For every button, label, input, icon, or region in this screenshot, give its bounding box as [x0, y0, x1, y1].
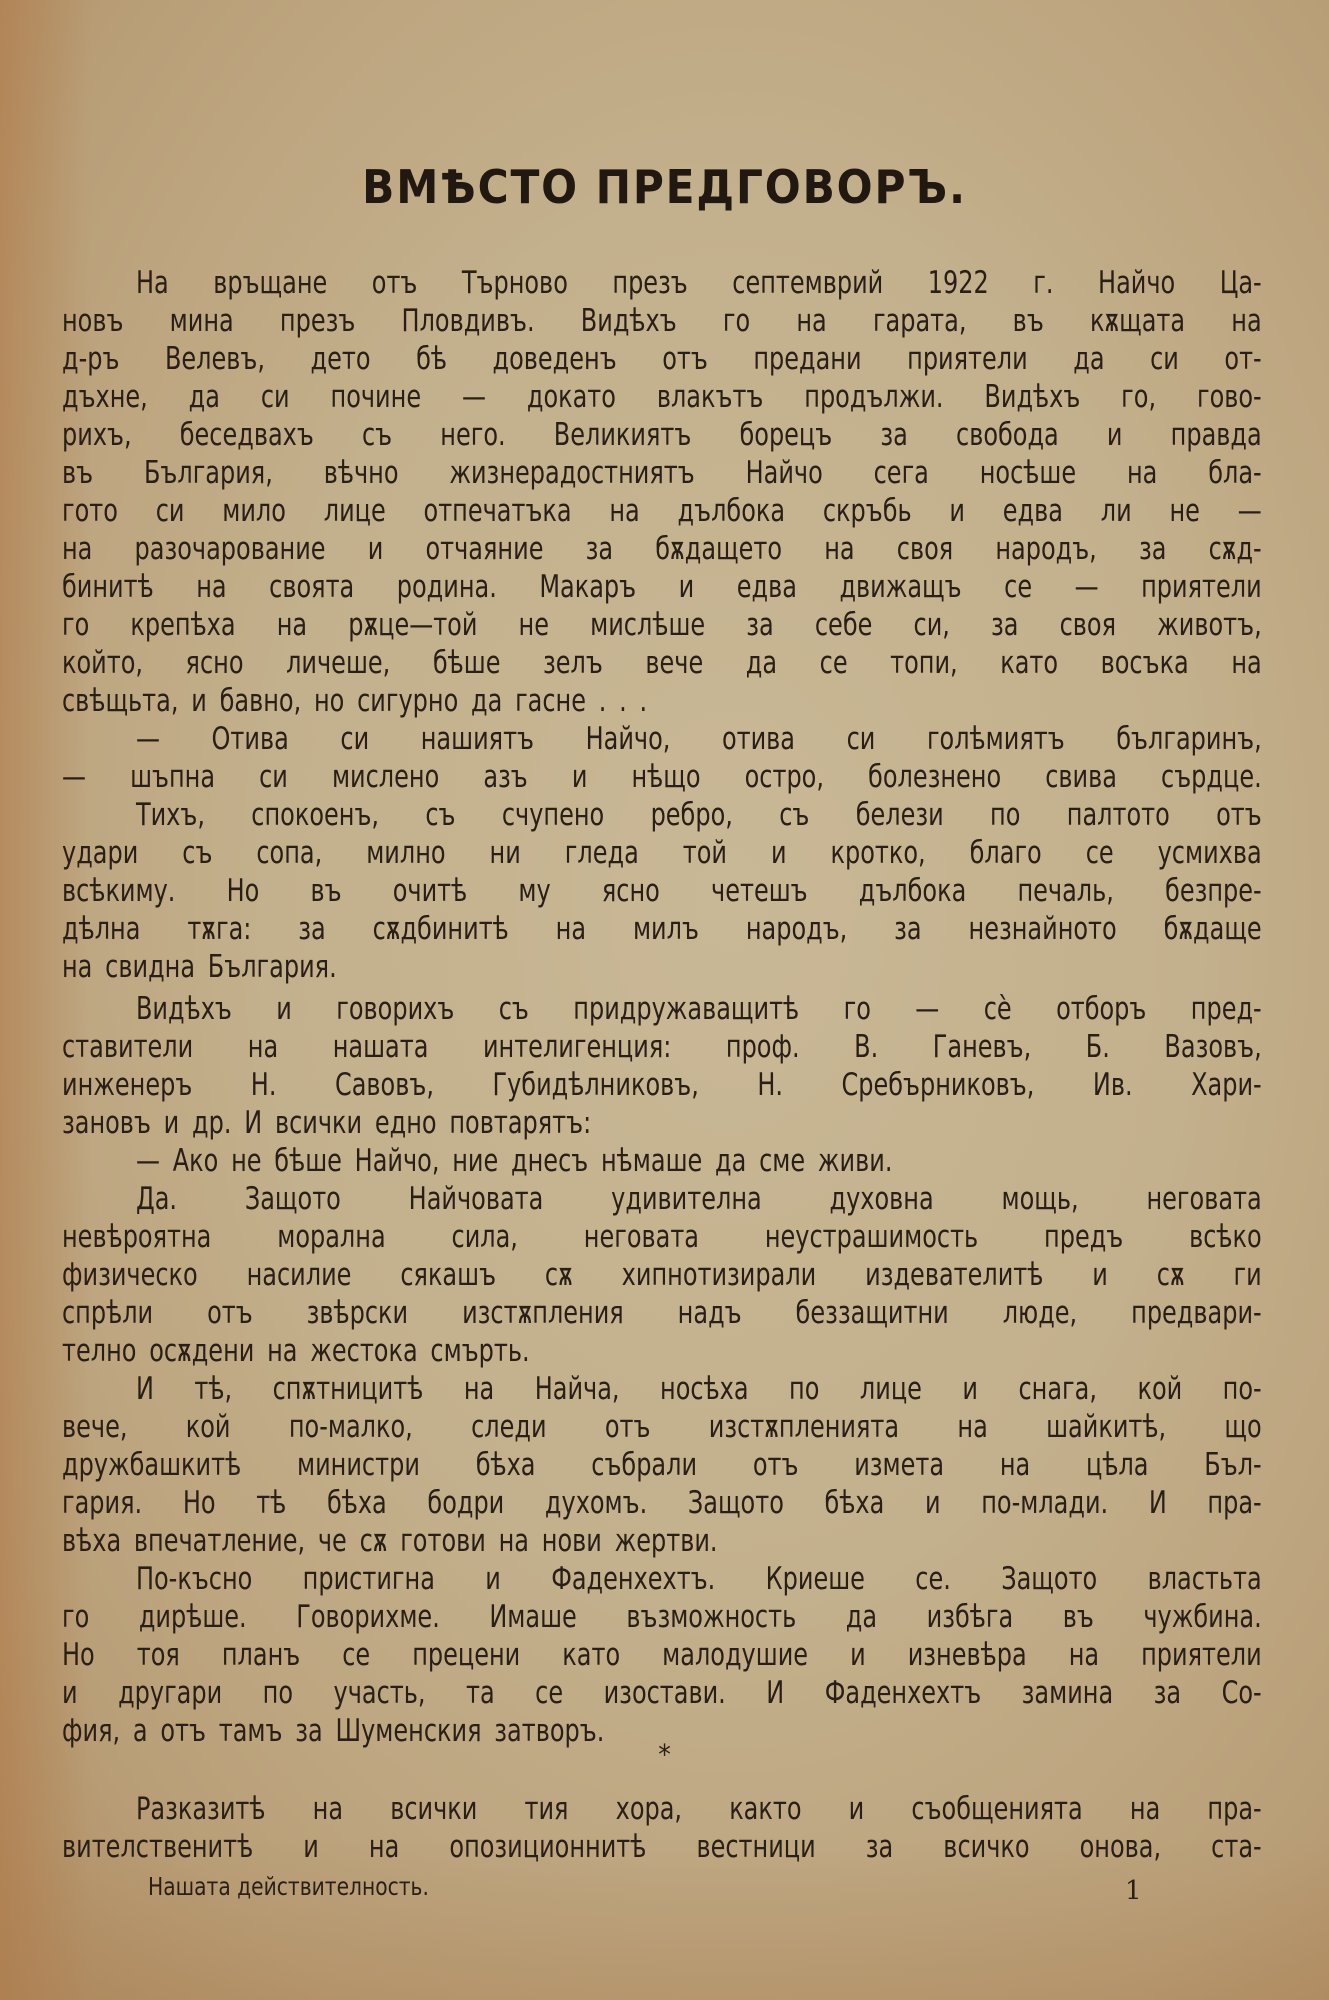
text-line: Но тоя планъ се прецени като малодушие и… [62, 1636, 1262, 1674]
text-line: на свидна България. [62, 948, 1094, 986]
text-line: — шъпна си мислено азъ и нѣщо остро, бол… [62, 758, 1262, 796]
text-line: — Ако не бѣше Найчо, ние днесъ нѣмаше да… [62, 1142, 1094, 1180]
text-line: новъ мина презъ Пловдивъ. Видѣхъ го на г… [62, 302, 1262, 340]
text-line: го крепѣха на рѫце—той не мислѣше за себ… [62, 606, 1262, 644]
text-line: гото си мило лице отпечатъка на дълбока … [62, 492, 1262, 530]
text-line: д-ръ Велевъ, дето бѣ доведенъ отъ предан… [62, 340, 1262, 378]
text-line: спрѣли отъ звѣрски изстѫпления надъ безз… [62, 1294, 1262, 1332]
text-line: го дирѣше. Говорихме. Имаше възможность … [62, 1598, 1262, 1636]
text-line: На връщане отъ Търново презъ септемврий … [62, 264, 1262, 302]
text-line: зановъ и др. И всички едно повтарятъ: [62, 1104, 1094, 1142]
page-number: 1 [1125, 1876, 1142, 1906]
text-line: който, ясно личеше, бѣше зелъ вече да се… [62, 644, 1262, 682]
text-line: физическо насилие сякашъ сѫ хипнотизирал… [62, 1256, 1262, 1294]
text-line: невѣроятна морална сила, неговата неустр… [62, 1218, 1262, 1256]
text-line: И тѣ, спѫтницитѣ на Найча, носѣха по лиц… [62, 1370, 1262, 1408]
text-line: ставители на нашата интелигенция: проф. … [62, 1028, 1262, 1066]
footer-book-title: Нашата действителность. [148, 1872, 429, 1901]
text-line: инженеръ Н. Савовъ, Губидѣлниковъ, Н. Ср… [62, 1066, 1262, 1104]
text-line: въ България, вѣчно жизнерадостниятъ Найч… [62, 454, 1262, 492]
text-line: бинитѣ на своята родина. Макаръ и едва д… [62, 568, 1262, 606]
text-line: телно осѫдени на жестока смърть. [62, 1332, 1094, 1370]
text-line: рихъ, беседвахъ съ него. Великиятъ борец… [62, 416, 1262, 454]
text-line: всѣкиму. Но въ очитѣ му ясно четешъ дълб… [62, 872, 1262, 910]
text-line: и другари по участь, та се изостави. И Ф… [62, 1674, 1262, 1712]
text-line: свѣщьта, и бавно, но сигурно да гасне . … [62, 682, 1094, 720]
text-line: дружбашкитѣ министри бѣха събрали отъ из… [62, 1446, 1262, 1484]
text-line: на разочарование и отчаяние за бѫдащето … [62, 530, 1262, 568]
text-line: дѣлна тѫга: за сѫдбинитѣ на милъ народъ,… [62, 910, 1262, 948]
section-separator: * [0, 1738, 1329, 1771]
text-line: Тихъ, спокоенъ, съ счупено ребро, съ бел… [62, 796, 1262, 834]
text-line: По-късно пристигна и Фаденхехтъ. Криеше … [62, 1560, 1262, 1598]
chapter-title: ВМѢСТО ПРЕДГОВОРЪ. [53, 160, 1276, 214]
text-line: Да. Защото Найчовата удивителна духовна … [62, 1180, 1262, 1218]
text-line: Видѣхъ и говорихъ съ придружаващитѣ го —… [62, 990, 1262, 1028]
text-line: гария. Но тѣ бѣха бодри духомъ. Защото б… [62, 1484, 1262, 1522]
text-line: Разказитѣ на всички тия хора, както и съ… [62, 1790, 1262, 1828]
text-line: вече, кой по-малко, следи отъ изстѫплени… [62, 1408, 1262, 1446]
text-line: — Отива си нашиятъ Найчо, отива си голѣм… [62, 720, 1262, 758]
text-line: вѣха впечатление, че сѫ готови на нови ж… [62, 1522, 1094, 1560]
text-line: удари съ сопа, милно ни гледа той и крот… [62, 834, 1262, 872]
text-line: дъхне, да си почине — докато влакътъ про… [62, 378, 1262, 416]
text-line: вителственитѣ и на опозиционнитѣ вестниц… [62, 1828, 1262, 1866]
